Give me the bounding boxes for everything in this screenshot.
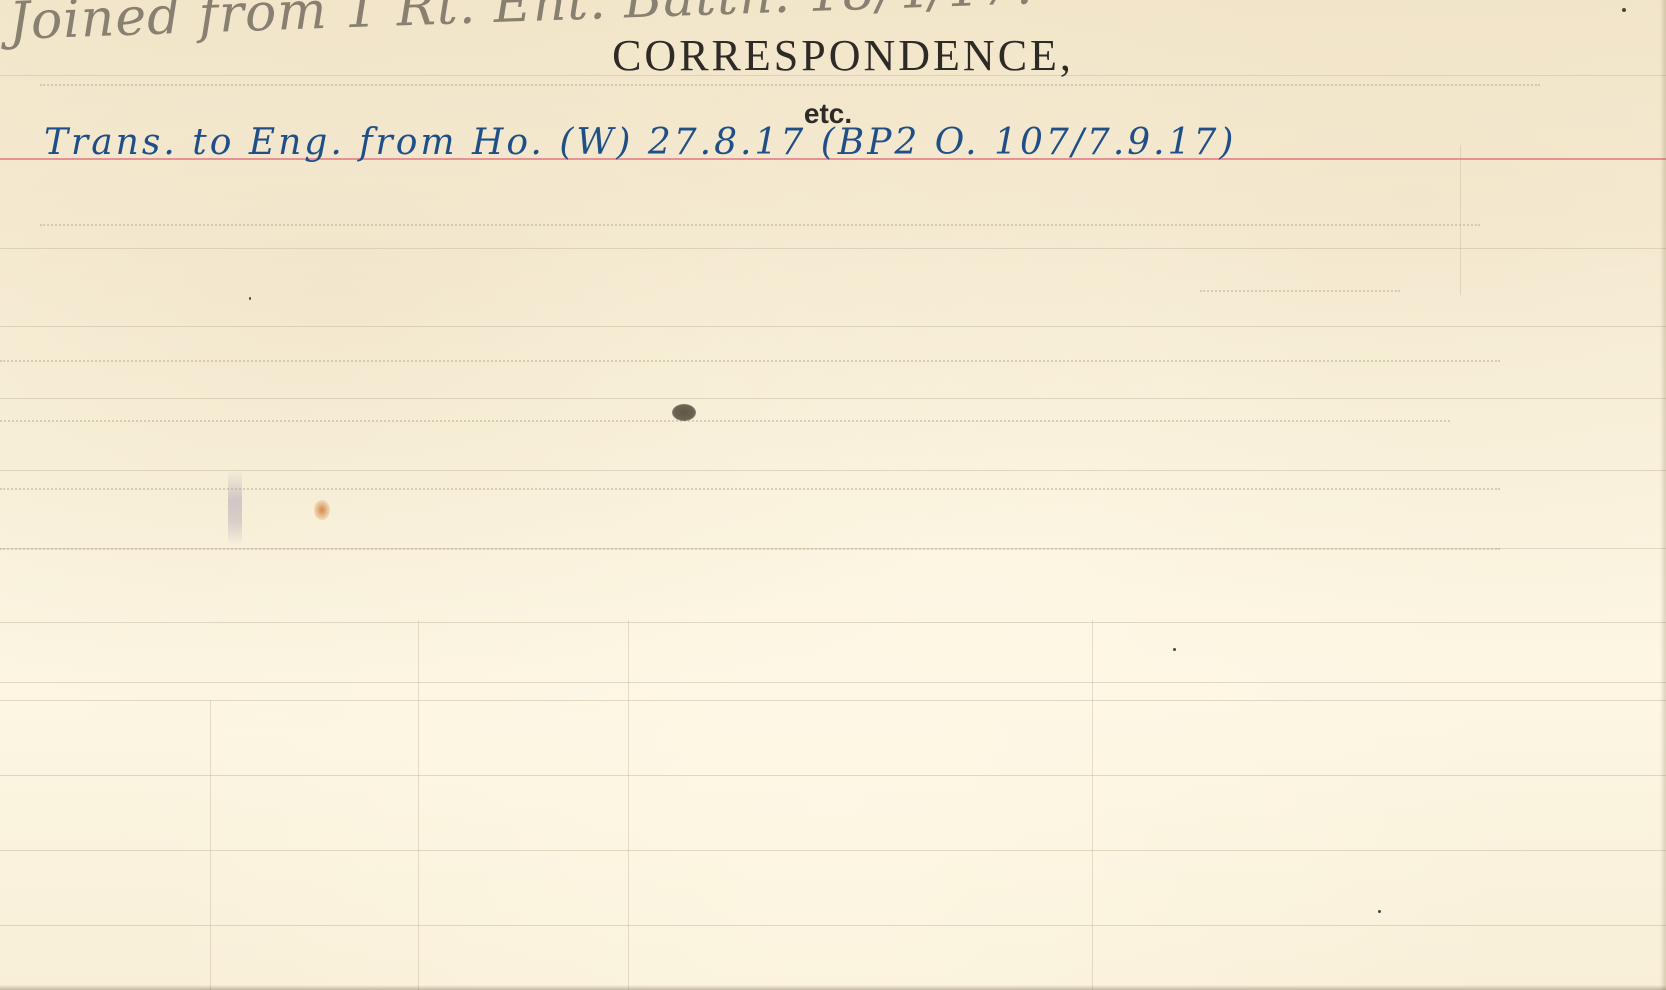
faint-column-line: [1092, 620, 1093, 990]
rust-stain: [314, 500, 330, 520]
dotted-rule: [0, 420, 1450, 422]
card-edge-shadow: [0, 985, 1666, 990]
faint-column-line: [418, 620, 419, 990]
ink-blot: [672, 404, 696, 421]
record-card: Joined from 1 Rt. Ent. Battn. 18/4/17. C…: [0, 0, 1666, 990]
smudge-mark: [228, 470, 242, 545]
card-edge-shadow: [1660, 0, 1666, 990]
faint-rule: [0, 470, 1666, 471]
speck: [1622, 8, 1626, 12]
faint-rule: [0, 775, 1666, 776]
faint-rule: [0, 398, 1666, 399]
faint-column-line: [628, 620, 629, 990]
card-heading: CORRESPONDENCE,: [0, 30, 1666, 81]
dotted-rule: [0, 360, 1500, 362]
faint-rule: [0, 925, 1666, 926]
speck: [1378, 910, 1381, 913]
speck: [1173, 648, 1176, 651]
faint-rule: [0, 850, 1666, 851]
faint-rule: [0, 700, 1666, 701]
faint-rule: [0, 622, 1666, 623]
faint-rule: [0, 326, 1666, 327]
faint-column-line: [210, 700, 211, 990]
faint-rule: [0, 248, 1666, 249]
dotted-rule: [0, 488, 1500, 490]
dotted-rule: [1200, 290, 1400, 292]
speck: [249, 297, 251, 300]
faint-column-line: [1460, 145, 1461, 295]
dotted-rule: [0, 548, 1500, 550]
faint-rule: [0, 682, 1666, 683]
dotted-rule: [40, 224, 1480, 226]
ink-annotation: Trans. to Eng. from Ho. (W) 27.8.17 (BP2…: [44, 122, 1236, 163]
dotted-rule: [40, 84, 1540, 86]
